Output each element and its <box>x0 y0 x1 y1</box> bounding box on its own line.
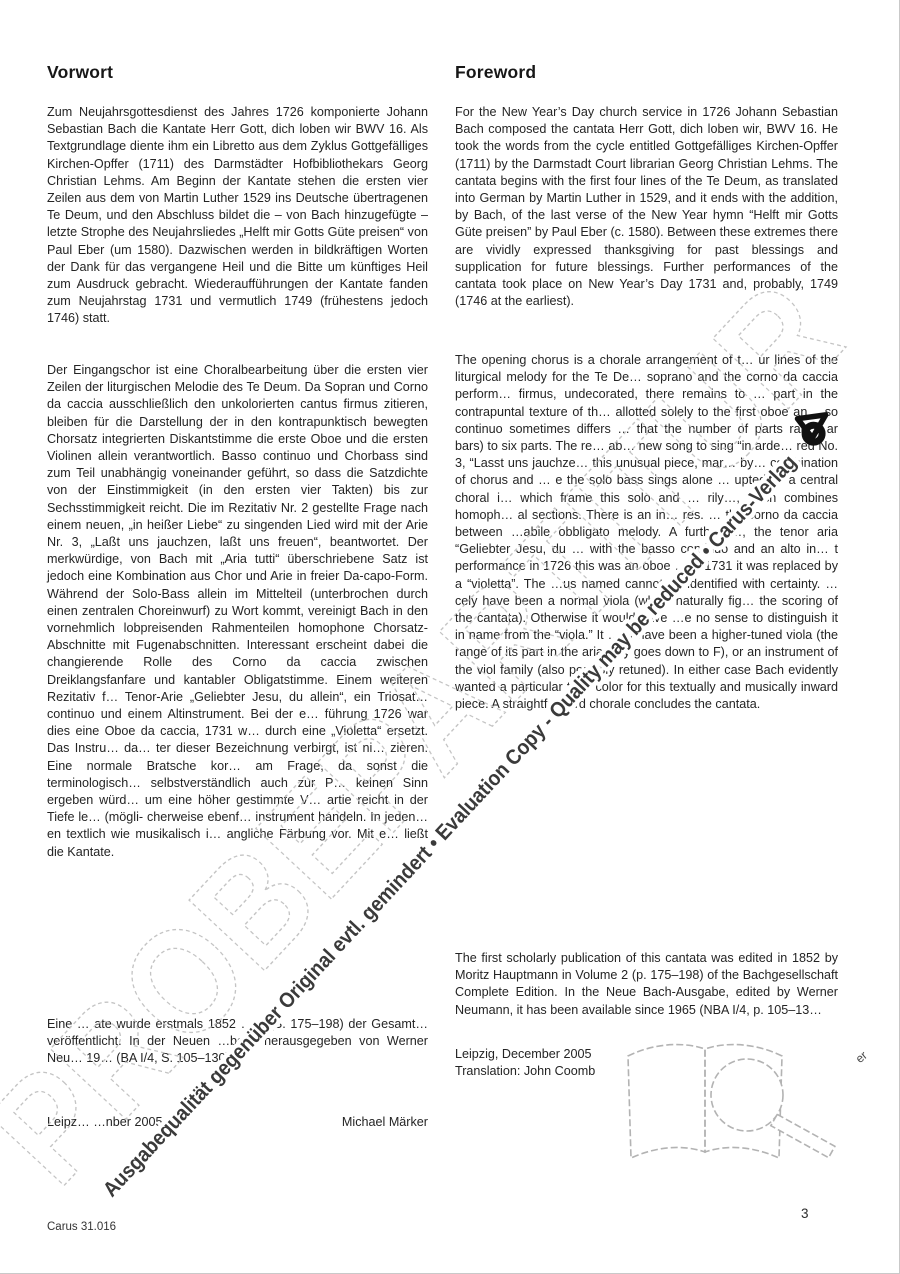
foreword-place-date: Leipzig, December 2005 <box>455 1046 595 1063</box>
vorwort-author: Michael Märker <box>342 1115 428 1129</box>
vorwort-signature-row: Leipz… …nber 2005 Michael Märker <box>47 1115 428 1129</box>
page-number: 3 <box>801 1206 809 1221</box>
vorwort-paragraph-1: Zum Neujahrsgottesdienst des Jahres 1726… <box>47 104 428 328</box>
foreword-paragraph-3: The first scholarly publication of this … <box>455 950 838 1019</box>
catalog-number: Carus 31.016 <box>47 1221 116 1233</box>
vorwort-place-date: Leipz… …nber 2005 <box>47 1115 163 1129</box>
foreword-heading: Foreword <box>455 62 536 83</box>
document-page: Vorwort Zum Neujahrsgottesdienst des Jah… <box>0 0 900 1274</box>
vorwort-heading: Vorwort <box>47 62 113 83</box>
foreword-paragraph-2: The opening chorus is a chorale arrangem… <box>455 352 838 713</box>
foreword-paragraph-1: For the New Year’s Day church service in… <box>455 104 838 310</box>
vorwort-paragraph-3: Eine … ate wurde erstmals 1852 … 2 (S. 1… <box>47 1016 428 1068</box>
foreword-translation: Translation: John Coomb <box>455 1063 595 1080</box>
vorwort-paragraph-2: Der Eingangschor ist eine Choralbearbeit… <box>47 362 428 861</box>
book-with-magnifier-logo <box>628 1045 835 1158</box>
obscured-text-fragment: er <box>853 1048 870 1066</box>
foreword-signature-block: Leipzig, December 2005 Translation: John… <box>455 1046 595 1080</box>
